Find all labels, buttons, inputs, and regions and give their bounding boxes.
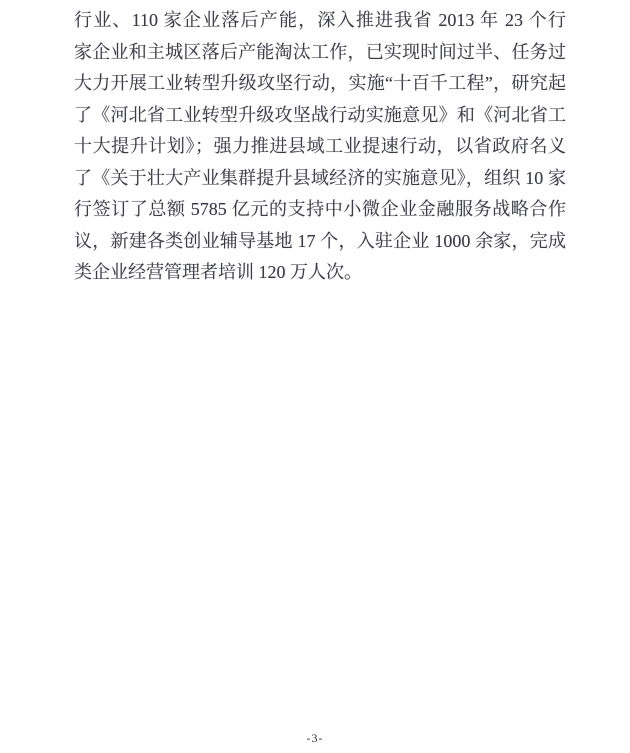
- text-line: 十大提升计划》；强力推进县域工业提速行动，以省政府名义印发: [74, 131, 566, 163]
- document-page: 行业、110 家企业落后产能，深入推进我省 2013 年 23 个行业、80 家…: [0, 0, 630, 753]
- text-line: 了《关于壮大产业集群提升县域经济的实施意见》，组织 10 家银: [74, 163, 566, 195]
- text-line: 家企业和主城区落后产能淘汰工作，已实现时间过半、任务过半；: [74, 37, 566, 69]
- text-line: 议，新建各类创业辅导基地 17 个，入驻企业 1000 余家，完成各: [74, 226, 566, 258]
- text-line: 类企业经营管理者培训 120 万人次。: [74, 257, 566, 289]
- text-line: 行业、110 家企业落后产能，深入推进我省 2013 年 23 个行业、80: [74, 5, 566, 37]
- page-number: -3-: [307, 731, 324, 745]
- body-paragraph: 行业、110 家企业落后产能，深入推进我省 2013 年 23 个行业、80 家…: [74, 5, 566, 289]
- text-line: 大力开展工业转型升级攻坚行动，实施“十百千工程”，研究起草: [74, 68, 566, 100]
- text-line: 了《河北省工业转型升级攻坚战行动实施意见》和《河北省工业: [74, 100, 566, 132]
- page-footer: -3-: [0, 729, 630, 747]
- text-line: 行签订了总额 5785 亿元的支持中小微企业金融服务战略合作协: [74, 194, 566, 226]
